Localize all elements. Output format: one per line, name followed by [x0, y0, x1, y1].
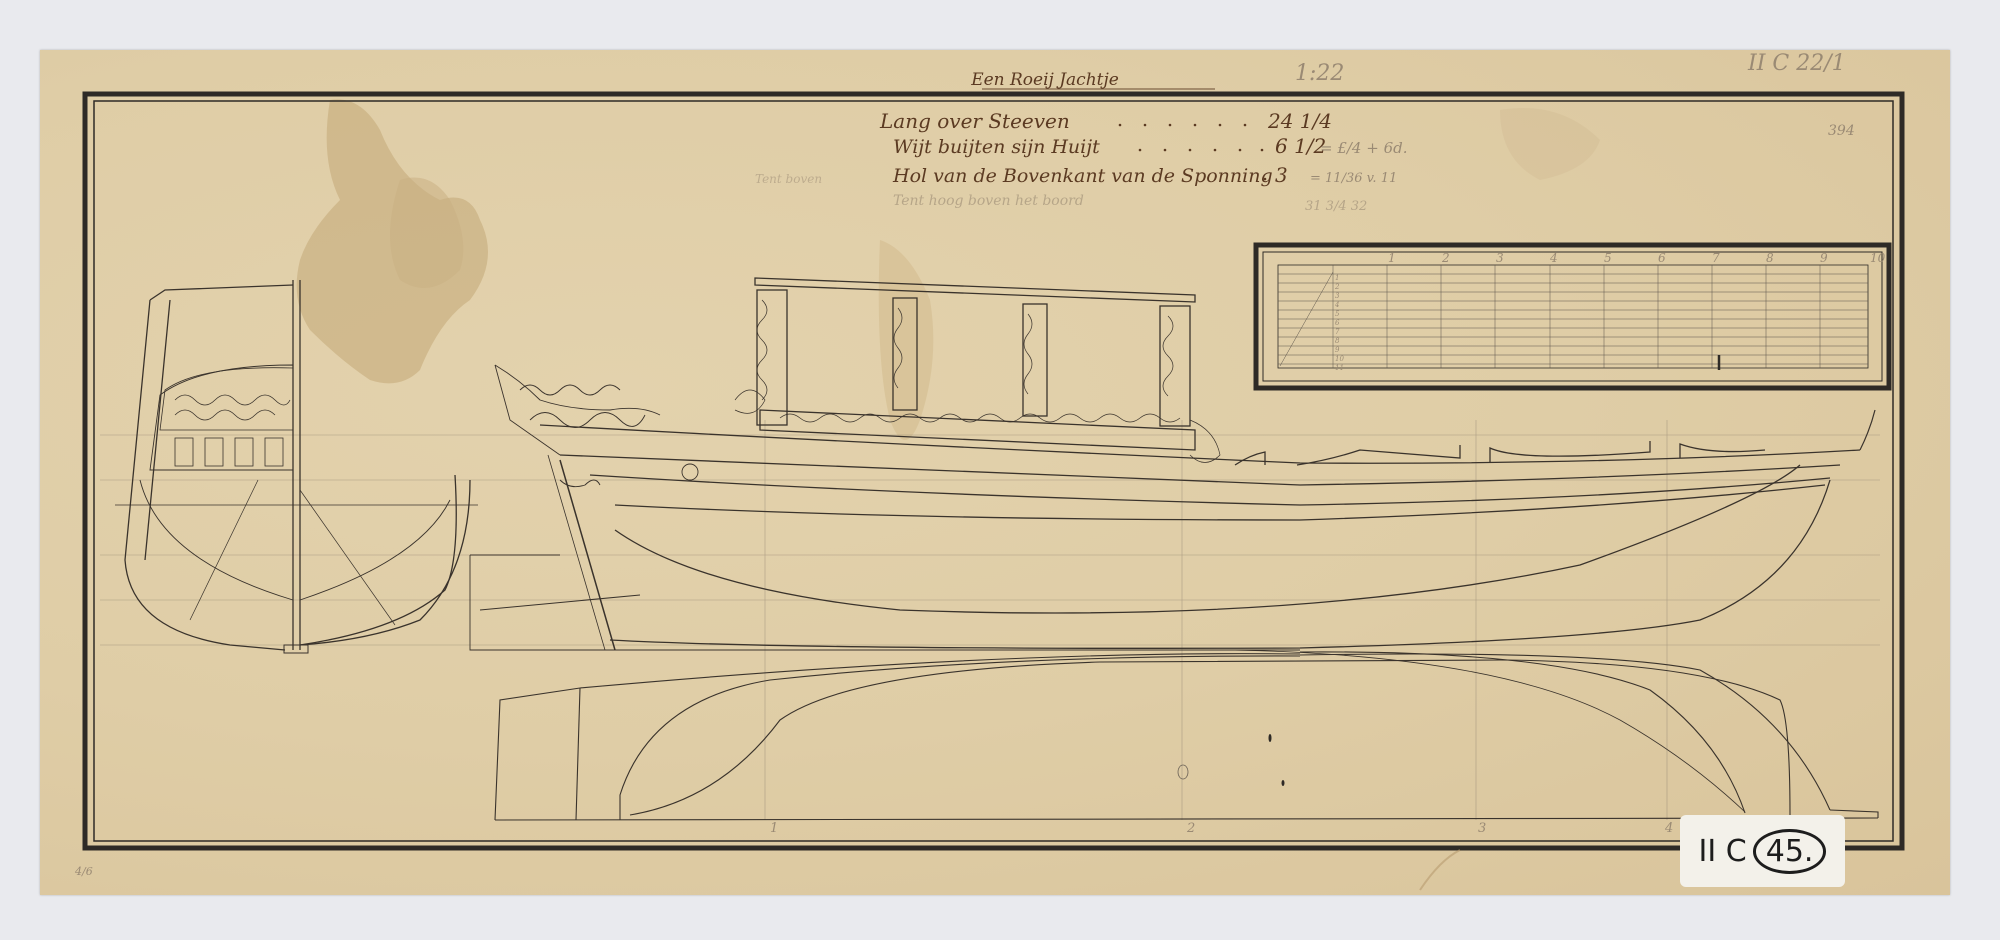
svg-text:5: 5: [1335, 310, 1340, 318]
svg-text:10: 10: [1335, 355, 1344, 363]
svg-text:1: 1: [1335, 274, 1339, 282]
svg-text:8: 8: [1335, 337, 1340, 345]
dim-value-width: 6 1/2: [1275, 134, 1326, 158]
dim-label-tent: Tent hoog boven het boord: [893, 193, 1084, 209]
svg-text:1: 1: [1388, 251, 1396, 265]
svg-text:4: 4: [1334, 301, 1339, 309]
svg-text:2: 2: [1186, 821, 1195, 836]
catalog-label-prefix: II C: [1699, 834, 1747, 869]
ship-drawing: Een Roeij Jachtje 1:22 II C 22/1 394 4/6…: [0, 0, 2000, 940]
pencil-note-394: 394: [1828, 123, 1855, 139]
dim-label-depth: Hol van de Bovenkant van de Sponning: [892, 165, 1273, 187]
catalog-label: II C 45.: [1680, 815, 1845, 887]
dim-note-tent: 31 3/4 32: [1305, 199, 1367, 214]
scale-bar: [1256, 245, 1889, 388]
scale-bar-side-labels: 1 2 3 4 5 6 7 8 9 10 11: [1334, 274, 1344, 372]
svg-text:3: 3: [1335, 292, 1340, 300]
plan-station-labels: 1 2 3 4: [770, 821, 1673, 836]
dimensions-table: Lang over Steeven 24 1/4 Wijt buijten si…: [755, 109, 1408, 214]
svg-text:5: 5: [1604, 251, 1612, 265]
drawing-title: Een Roeij Jachtje: [970, 70, 1119, 90]
svg-text:4: 4: [1664, 821, 1673, 836]
svg-text:2: 2: [1334, 283, 1340, 291]
dim-note-depth: = 11/36 v. 11: [1310, 171, 1397, 186]
svg-text:7: 7: [1712, 251, 1720, 265]
catalog-label-number: 45.: [1753, 829, 1827, 874]
svg-text:10: 10: [1870, 251, 1886, 265]
dim-note-width: = £/4 + 6d.: [1320, 139, 1408, 157]
catalog-mark-top: II C 22/1: [1747, 51, 1846, 76]
svg-text:Tent boven: Tent boven: [755, 172, 822, 186]
svg-text:1: 1: [770, 821, 778, 836]
half-breadth-plan: [495, 650, 1878, 820]
svg-text:9: 9: [1820, 251, 1828, 265]
scale-bar-labels: 1 2 3 4 5 6 7 8 9 10: [1388, 251, 1886, 265]
svg-text:6: 6: [1658, 251, 1666, 265]
stern-scrollwork: [495, 365, 698, 487]
hull-profile: [470, 410, 1875, 650]
svg-text:2: 2: [1441, 251, 1450, 265]
svg-text:3: 3: [1496, 251, 1504, 265]
dim-value-length: 24 1/4: [1267, 109, 1332, 133]
svg-text:9: 9: [1335, 346, 1340, 354]
svg-text:6: 6: [1335, 319, 1340, 327]
svg-text:8: 8: [1766, 251, 1774, 265]
dim-label-length: Lang over Steeven: [879, 109, 1070, 133]
dim-value-depth: 3: [1275, 163, 1288, 187]
stern-carving: [160, 368, 293, 466]
scale-ratio: 1:22: [1295, 61, 1344, 86]
corner-mark: 4/6: [74, 865, 93, 878]
svg-text:3: 3: [1478, 821, 1486, 836]
svg-text:4: 4: [1549, 251, 1558, 265]
construction-lines: [100, 420, 1880, 820]
svg-text:11: 11: [1335, 364, 1344, 372]
svg-text:7: 7: [1335, 328, 1340, 336]
dim-label-width: Wijt buijten sijn Huijt: [893, 136, 1100, 158]
